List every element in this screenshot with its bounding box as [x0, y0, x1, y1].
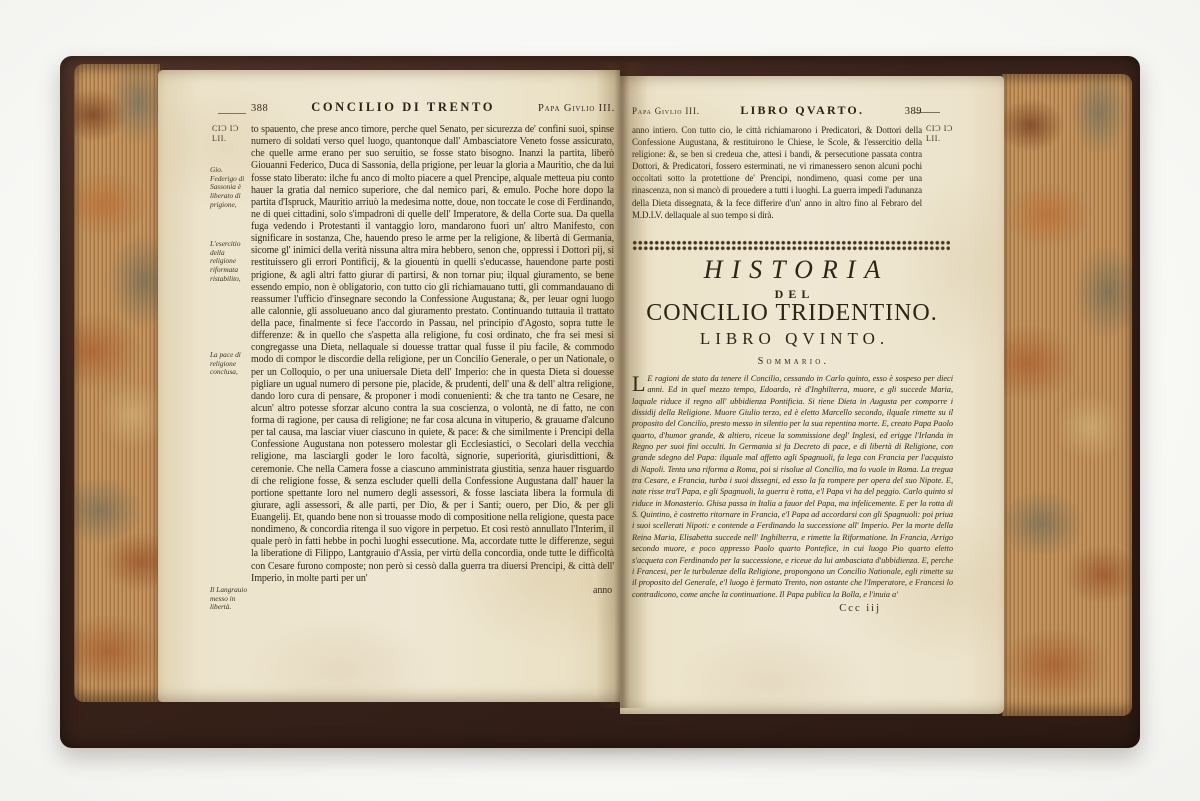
summary-text: E ragioni de stato da tenere il Concilio…	[632, 374, 953, 599]
right-running-annotation: Papa Givlio III.	[632, 106, 700, 116]
left-running-annotation: Papa Givlio III.	[538, 103, 615, 114]
ornament-band	[632, 240, 950, 251]
left-margin-date: CIƆ IƆ LII.	[212, 124, 254, 144]
right-running-title: LIBRO QVARTO.	[740, 103, 864, 118]
left-body-block: to spauento, che prese anco timore, perc…	[251, 124, 614, 597]
title-historia: HISTORIA	[632, 255, 952, 285]
header-rule-right	[914, 112, 940, 113]
fore-edge-left	[74, 64, 160, 702]
title-libro-quinto: LIBRO QVINTO.	[632, 329, 952, 349]
title-concilio-tridentino: CONCILIO TRIDENTINO.	[632, 300, 952, 327]
margin-note: Il Langrauio messo in libertà.	[210, 586, 250, 612]
summary-drop-cap: L	[632, 373, 647, 393]
fore-edge-right	[1002, 74, 1132, 716]
catchword: anno	[251, 585, 614, 597]
photo-backdrop: 388 CONCILIO DI TRENTO Papa Givlio III. …	[0, 0, 1200, 801]
sommario-heading: Sommario.	[632, 356, 952, 367]
margin-note: Gio. Federigo di Sassonia è liberato di …	[210, 166, 250, 210]
right-running-head: Papa Givlio III. LIBRO QVARTO. 389	[632, 103, 922, 118]
closing-paragraph: anno intiero. Con tutto cio, le città ri…	[632, 124, 922, 221]
left-running-head: 388 CONCILIO DI TRENTO Papa Givlio III.	[251, 100, 615, 115]
summary-block: LE ragioni de stato da tenere il Concili…	[632, 373, 953, 614]
margin-note: La pace di religione conclusa,	[210, 351, 250, 377]
left-body-text: to spauento, che prese anco timore, perc…	[251, 124, 614, 585]
page-right: Papa Givlio III. LIBRO QVARTO. 389 CIƆ I…	[620, 76, 1004, 714]
page-left: 388 CONCILIO DI TRENTO Papa Givlio III. …	[158, 70, 620, 702]
signature-mark: Ccc iij	[632, 603, 953, 614]
margin-note: L'esercitio della religione riformata ri…	[210, 240, 250, 284]
left-running-title: CONCILIO DI TRENTO	[311, 100, 495, 115]
right-margin-date: CIƆ IƆ LII.	[926, 124, 966, 144]
left-page-number: 388	[251, 103, 268, 114]
header-rule-left	[218, 113, 246, 114]
